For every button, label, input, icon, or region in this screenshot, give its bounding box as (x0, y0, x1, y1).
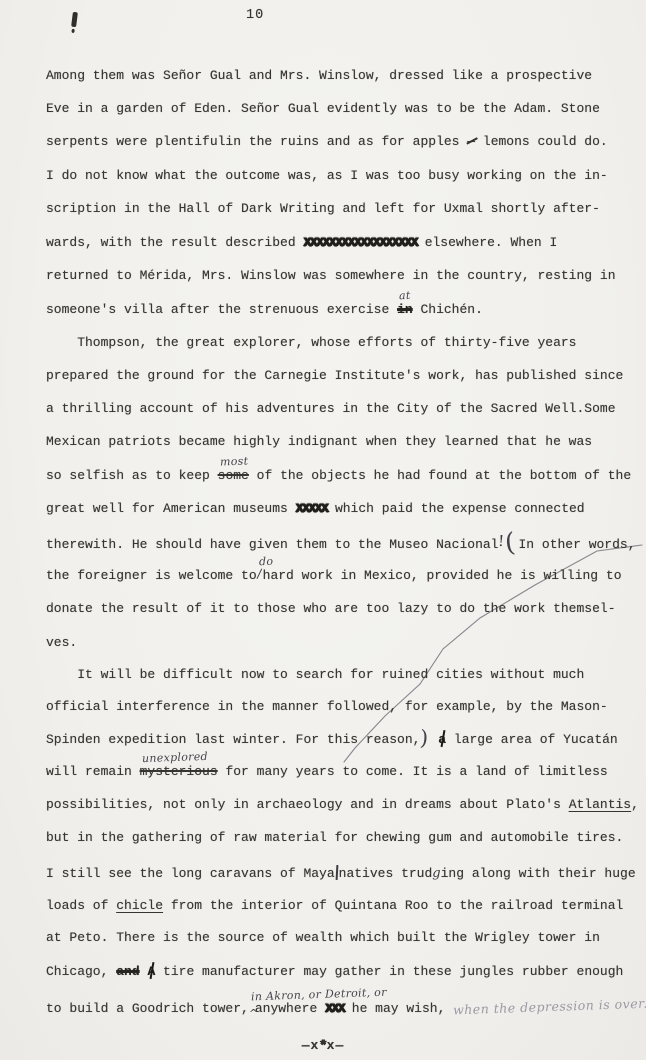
typed-text: XXX (325, 1001, 344, 1016)
handwritten-insertion: do (258, 556, 273, 567)
typed-text: great well for American museums (46, 501, 296, 516)
typed-text: donate the result of it to those who are… (46, 601, 616, 616)
typed-text: of the objects he had found at the botto… (249, 468, 631, 483)
text-line: will remain unexploredmysterious for man… (46, 764, 608, 780)
corrected-text: mostsome (218, 468, 249, 484)
typed-text: hard work in Mexico, provided he is will… (263, 568, 622, 583)
text-line: Thompson, the great explorer, whose effo… (46, 335, 577, 351)
handwritten-annotation (335, 865, 338, 880)
manuscript-page: 10 Among them was Señor Gual and Mrs. Wi… (0, 0, 646, 1060)
typed-text: wards, with the result described (46, 235, 303, 250)
typed-text: Chichén. (413, 302, 483, 317)
text-line: official interference in the manner foll… (46, 699, 608, 715)
text-line: Spinden expedition last winter. For this… (46, 731, 618, 747)
typed-text: , (631, 797, 639, 812)
handwritten-insertion: at (399, 290, 411, 301)
typed-text: in (397, 302, 413, 317)
text-line: It will be difficult now to search for r… (46, 667, 584, 683)
text-line: prepared the ground for the Carnegie Ins… (46, 368, 623, 384)
text-line: possibilities, not only in archaeology a… (46, 797, 639, 813)
corrected-text: atin (397, 302, 413, 318)
text-line: serpents were plentifulin the ruins and … (46, 134, 608, 150)
typed-text: possibilities, not only in archaeology a… (46, 797, 569, 812)
typed-text: someone's villa after the strenuous exer… (46, 302, 397, 317)
typed-text: for many years to come. It is a land of … (218, 764, 608, 779)
text-line: I do not know what the outcome was, as I… (46, 168, 608, 184)
typed-text: to build a Goodrich tower, (46, 1001, 249, 1016)
typed-text: — (467, 134, 475, 150)
typed-text: but in the gathering of raw material for… (46, 830, 623, 845)
text-line: Mexican patriots became highly indignant… (46, 434, 592, 450)
handwritten-insertion: most (219, 456, 248, 468)
text-line: scription in the Hall of Dark Writing an… (46, 201, 600, 217)
handwritten-annotation: ) (420, 733, 431, 744)
text-line: therewith. He should have given them to … (46, 535, 636, 551)
corrected-text: do/ (257, 568, 263, 584)
typed-text: ves. (46, 635, 77, 650)
typed-text: tire manufacturer may gather in these ju… (155, 964, 623, 979)
typed-text: ing along with their huge (441, 866, 636, 881)
typed-text: so selfish as to keep (46, 468, 218, 483)
ink-blot (71, 12, 78, 27)
typed-text: XXXXX (296, 501, 328, 516)
handwritten-annotation: / (256, 567, 264, 584)
handwritten-insertion: in Akron, or Detroit, or (251, 987, 387, 1003)
typed-text: Atlantis (569, 797, 631, 812)
typed-text: prepared the ground for the Carnegie Ins… (46, 368, 623, 383)
text-line: at Peto. There is the source of wealth w… (46, 930, 600, 946)
typed-text: he may wish, (344, 1001, 453, 1016)
text-line: Chicago, and A tire manufacturer may gat… (46, 964, 623, 980)
text-line: donate the result of it to those who are… (46, 601, 616, 617)
text-line: returned to Mérida, Mrs. Winslow was som… (46, 268, 616, 284)
text-line: Among them was Señor Gual and Mrs. Winsl… (46, 68, 592, 84)
handwritten-annotation: ^ (249, 1006, 255, 1022)
typed-text: Chicago, (46, 964, 116, 979)
handwritten-annotation: g (432, 866, 440, 881)
typed-text: chicle (116, 898, 163, 913)
typed-text: XXXXXXXXXXXXXXXXXX (303, 235, 416, 250)
typed-text: which paid the expense connected (327, 501, 584, 516)
text-line: someone's villa after the strenuous exer… (46, 302, 483, 318)
text-line: loads of chicle from the interior of Qui… (46, 898, 623, 914)
typed-text: serpents were plentifulin the ruins and … (46, 134, 467, 149)
text-line: wards, with the result described XXXXXXX… (46, 235, 557, 251)
typed-text: the foreigner is welcome to (46, 568, 257, 583)
typed-text: * (319, 1038, 326, 1053)
typed-text: anywhere (255, 1001, 325, 1016)
typed-text: at Peto. There is the source of wealth w… (46, 930, 600, 945)
typed-text: official interference in the manner foll… (46, 699, 608, 714)
typed-text: from the interior of Quintana Roo to the… (163, 898, 623, 913)
typed-text: I still see the long caravans of Maya (46, 866, 335, 881)
text-line: great well for American museums XXXXX wh… (46, 501, 585, 517)
text-line: I still see the long caravans of Mayanat… (46, 865, 636, 881)
typed-text: —x (302, 1038, 320, 1053)
typed-text: will remain (46, 764, 140, 779)
typed-text: returned to Mérida, Mrs. Winslow was som… (46, 268, 616, 283)
typed-text: Thompson, the great explorer, whose effo… (46, 335, 577, 350)
typed-text: Among them was Señor Gual and Mrs. Winsl… (46, 68, 592, 83)
page-number: 10 (246, 8, 264, 23)
typed-text: and (116, 964, 139, 979)
typed-text: a thrilling account of his adventures in… (46, 401, 616, 416)
typed-text: A (147, 964, 155, 980)
typed-text: lemons could do. (475, 134, 608, 149)
typed-text: scription in the Hall of Dark Writing an… (46, 201, 600, 216)
text-line: Eve in a garden of Eden. Señor Gual evid… (46, 101, 600, 117)
text-line: to build a Goodrich tower,in Akron, or D… (46, 999, 646, 1015)
text-line: the foreigner is welcome todo/hard work … (46, 568, 622, 584)
typed-text: large area of Yucatán (446, 732, 618, 747)
typed-text: therewith. He should have given them to … (46, 537, 498, 552)
typed-text: a (438, 732, 446, 748)
typed-text: Spinden expedition last winter. For this… (46, 732, 420, 747)
handwritten-annotation: when the depression is over. (453, 996, 646, 1019)
typed-text: Eve in a garden of Eden. Señor Gual evid… (46, 101, 600, 116)
typed-text: It will be difficult now to search for r… (46, 667, 584, 682)
typed-text: some (218, 468, 249, 483)
handwritten-annotation: ( (505, 537, 519, 548)
text-line: —x*x— (0, 1038, 646, 1054)
text-line: a thrilling account of his adventures in… (46, 401, 616, 417)
typed-text: Mexican patriots became highly indignant… (46, 434, 592, 449)
typed-text: In other words, (518, 537, 635, 552)
corrected-text: unexploredmysterious (140, 764, 218, 780)
typed-text: elsewhere. When I (417, 235, 557, 250)
text-line: but in the gathering of raw material for… (46, 830, 623, 846)
typed-text: I do not know what the outcome was, as I… (46, 168, 608, 183)
typed-text: mysterious (140, 764, 218, 779)
typed-text: natives trud (339, 866, 433, 881)
text-line: so selfish as to keep mostsome of the ob… (46, 468, 631, 484)
typed-text: loads of (46, 898, 116, 913)
corrected-text: in Akron, or Detroit, or^ (249, 1001, 255, 1022)
typed-text: x— (327, 1038, 345, 1053)
handwritten-insertion: unexplored (141, 751, 207, 764)
text-line: ves. (46, 635, 77, 651)
